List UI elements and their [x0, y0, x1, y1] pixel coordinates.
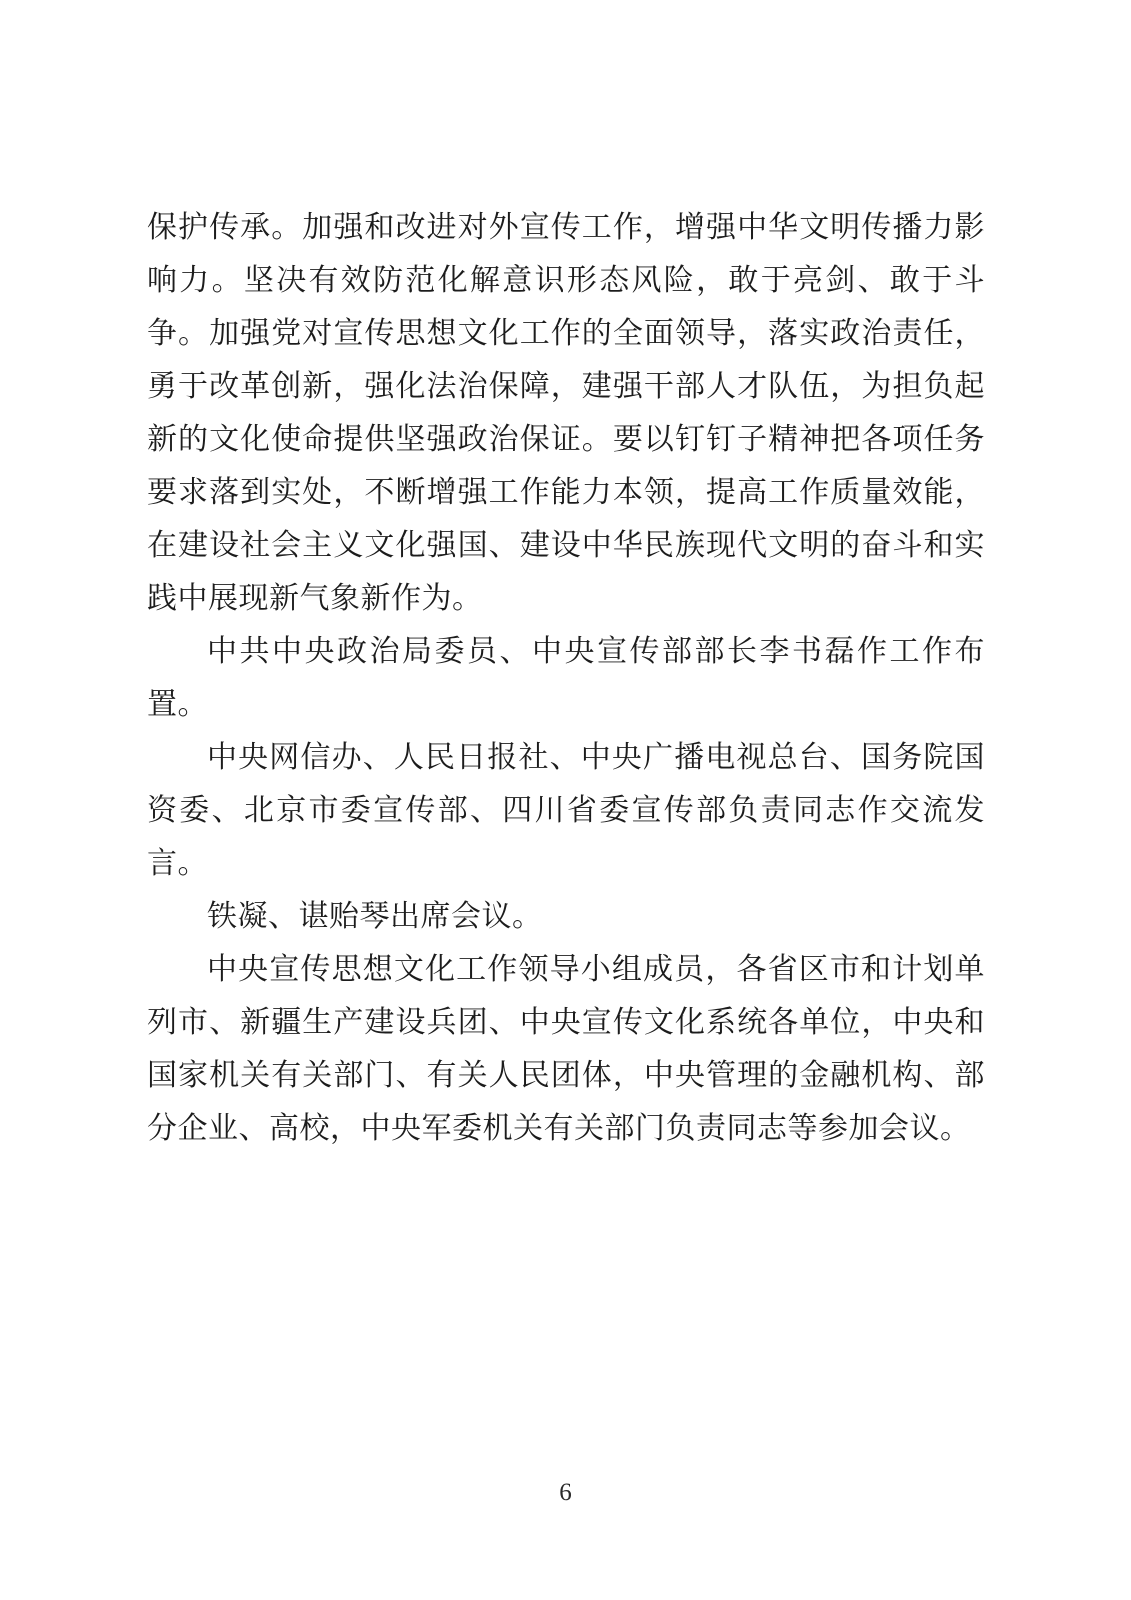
paragraph-attendees-leaders: 铁凝、谌贻琴出席会议。 — [147, 890, 985, 943]
document-page: 保护传承。加强和改进对外宣传工作，增强中华文明传播力影响力。坚决有效防范化解意识… — [0, 0, 1131, 1600]
page-number: 6 — [0, 1478, 1131, 1508]
paragraph-work-arrangement: 中共中央政治局委员、中央宣传部部长李书磊作工作布置。 — [147, 625, 985, 731]
paragraph-continuation: 保护传承。加强和改进对外宣传工作，增强中华文明传播力影响力。坚决有效防范化解意识… — [147, 201, 985, 625]
paragraph-participants: 中央宣传思想文化工作领导小组成员，各省区市和计划单列市、新疆生产建设兵团、中央宣… — [147, 943, 985, 1155]
paragraph-exchange-speeches: 中央网信办、人民日报社、中央广播电视总台、国务院国资委、北京市委宣传部、四川省委… — [147, 731, 985, 890]
document-body: 保护传承。加强和改进对外宣传工作，增强中华文明传播力影响力。坚决有效防范化解意识… — [147, 201, 985, 1155]
